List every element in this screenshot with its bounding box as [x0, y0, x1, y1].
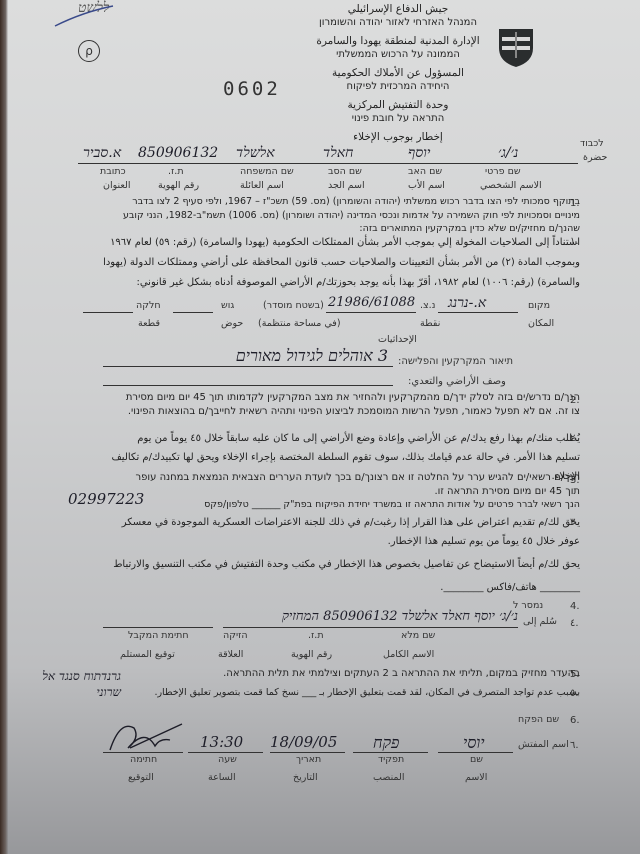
label-role-ar: المنصب [373, 772, 404, 783]
label-grandfather-he: שם הסב [328, 166, 362, 177]
label-name-ar: الاسم [465, 772, 487, 783]
coordinates-underline [326, 312, 416, 313]
section-1-arabic: استناداً إلى الصلاحيات المخولة إلي بموجب… [100, 233, 580, 293]
handwritten-first-name: נ׳/ג׳ [498, 145, 518, 162]
label-address-he: כתובת [100, 166, 126, 177]
header-he-3: היחידה המרכזית לפיקוח [258, 80, 538, 93]
label-signature-ar: التوقيع [128, 772, 154, 783]
pen-stroke-icon [53, 4, 123, 29]
section-5-arabic: بسبب عدم تواجد المتصرف في المكان، لقد قم… [120, 686, 580, 700]
label-relation-ar: العلاقة [218, 649, 243, 660]
header-he-4: התראה על חובת פינוי [258, 112, 538, 125]
date-underline [270, 752, 345, 753]
circled-mark: ρ [78, 40, 100, 62]
header-he-2: הממונה על הרכוש הממשלתי [258, 48, 538, 61]
delivered-underline [223, 627, 518, 628]
commander-label-he: שם הפקח [518, 714, 559, 725]
label-first-name-ar: الاسم الشخصي [480, 180, 542, 191]
handwritten-date: 18/09/05 [270, 733, 337, 751]
label-role-he: תפקיד [378, 754, 404, 765]
label-time-he: שעה [218, 754, 237, 765]
grid-note-ar: (في مساحة منتظمة) [258, 318, 341, 329]
header-ar-3: المسؤول عن الأملاك الحكومية [258, 67, 538, 80]
label-recipient-signature-he: חתימת המקבל [128, 630, 189, 641]
section-3-arabic-inquiry: يحق لك/م أيضاً الاستيضاح عن تفاصيل بخصوص… [110, 553, 580, 599]
label-time-ar: الساعة [208, 772, 236, 783]
label-id-ar: رقم الهوية [158, 180, 199, 191]
section-1-hebrew: בתוקף סמכותי לפי הצו בדבר רכוש ממשלתי (י… [110, 195, 580, 236]
section-3-arabic: يحق لك/م تقديم اعتراض على هذا القرار إذا… [110, 513, 580, 551]
parcel-label-he: חלקה [136, 300, 161, 311]
label-id-he: ת.ז. [308, 630, 324, 641]
handwritten-delivered-to: נ׳/ג׳ יוסף חאלד אלשלד 850906132 המחזיק [218, 608, 518, 624]
label-relation-he: הזיקה [223, 630, 248, 641]
label-father-he: שם האב [408, 166, 442, 177]
label-date-ar: التاريخ [293, 772, 318, 783]
point-label-ar: نقطة [420, 318, 440, 329]
block-label-he: גוש [221, 300, 234, 311]
section-3-hebrew: הנך/ם רשאי/ים להגיש ערר על החלטה זו אם ר… [120, 471, 580, 498]
description-underline-1 [103, 366, 393, 367]
delivered-to-label-ar: سُلم إلى [523, 616, 557, 627]
signature-line [103, 752, 183, 753]
header-notice-title: إخطار بوجوب الإخلاء [258, 131, 538, 144]
title-label: حضرة [583, 152, 607, 163]
label-full-name-he: שם מלא [401, 630, 435, 641]
label-family-ar: اسم العائلة [240, 180, 284, 191]
description-label-he: תיאור המקרקעין והפלישה: [398, 356, 513, 367]
description-underline-2 [103, 385, 393, 386]
handwritten-inspector-role: פקח [373, 733, 399, 753]
handwritten-phone: 02997223 [68, 490, 144, 508]
handwritten-inspector-name: יוסי [463, 733, 485, 753]
section-number: 4. [570, 601, 580, 612]
place-label-ar: المكان [528, 318, 554, 329]
header-ar-1: جيش الدفاع الإسرائيلي [258, 3, 538, 16]
role-underline [353, 752, 428, 753]
section-number: ٤. [570, 618, 579, 629]
point-label-he: נ.צ. [420, 300, 435, 311]
time-underline [188, 752, 263, 753]
label-signature-he: חתימה [130, 754, 157, 765]
photo-edge-shadow [0, 0, 8, 854]
header-he-1: המנהל האזרחי לאזור יהודה והשומרון [258, 16, 538, 29]
grid-note-he: (בשטח מוסדר) [263, 300, 324, 311]
handwritten-family-name: אלשלד [236, 145, 275, 162]
inspector-label-ar: اسم المفتش [518, 739, 569, 750]
block-label-ar: حوض [221, 318, 243, 329]
handwritten-address: א.סביר [83, 145, 121, 162]
to-label: לכבוד [580, 138, 604, 149]
header-block: جيش الدفاع الإسرائيلي המנהל האזרחי לאזור… [258, 3, 538, 144]
section-3-hebrew-contact: הנך רשאי לברר פרטים על אודות התראה זו במ… [220, 498, 580, 512]
section-5-hebrew: בהעדר מחזיק במקום, תליתי את ההתראה ב 2 ה… [180, 667, 580, 681]
section-2-hebrew: הנך/ם נדרש/ים בזה לסלק ידך/ם מהמקרקעין ו… [120, 391, 580, 418]
handwritten-coordinates: 21986/61088 [328, 295, 415, 310]
section-number: 6. [570, 715, 580, 726]
handwritten-margin-note: גרנדתוח סנגד אל שרוני [36, 668, 121, 700]
label-name-he: שם [470, 754, 483, 765]
label-father-ar: اسم الأب [408, 180, 445, 191]
header-ar-4: وحدة التفتيش المركزية [258, 99, 538, 112]
label-id-ar: رقم الهوية [291, 649, 332, 660]
parcel-underline [83, 312, 133, 313]
serial-number: 0602 [223, 78, 281, 100]
label-recipient-signature-ar: توقيع المستلم [120, 649, 175, 660]
label-full-name-ar: الاسم الكامل [383, 649, 434, 660]
handwritten-father-name: יוסף [408, 145, 430, 162]
idf-crest-icon [498, 28, 534, 68]
handwritten-grandfather-name: חאלד [323, 145, 353, 162]
label-address-ar: العنوان [103, 180, 131, 191]
recipient-underline [78, 163, 578, 164]
header-ar-2: الإدارة المدنية لمنطقة يهودا والسامرة [258, 35, 538, 48]
handwritten-id-number: 850906132 [138, 145, 218, 161]
label-date-he: תאריך [296, 754, 321, 765]
label-family-he: שם המשפחה [240, 166, 294, 177]
label-id-he: ת.ז. [168, 166, 184, 177]
label-grandfather-ar: اسم الجد [328, 180, 365, 191]
section-number: ٦. [570, 740, 579, 751]
label-first-name-he: שם פרטי [485, 166, 521, 177]
coordinates-caption: الإحداثيات [378, 334, 417, 345]
handwritten-description: 3 אוהלים לגידול מאורים [138, 346, 388, 366]
document-page: ללשט ρ جيش الدفاع الإسرائيلي המנהל האזרח… [8, 0, 640, 854]
name-underline [438, 752, 513, 753]
place-underline [438, 312, 518, 313]
parcel-label-ar: قطعة [138, 318, 160, 329]
block-underline [173, 312, 213, 313]
handwritten-time: 13:30 [200, 733, 243, 751]
place-label-he: מקום [528, 300, 550, 311]
signature-underline [103, 627, 213, 628]
handwritten-place: א.-נרנג [448, 295, 486, 312]
description-label-ar: وصف الأراضي والتعدي: [408, 376, 506, 387]
